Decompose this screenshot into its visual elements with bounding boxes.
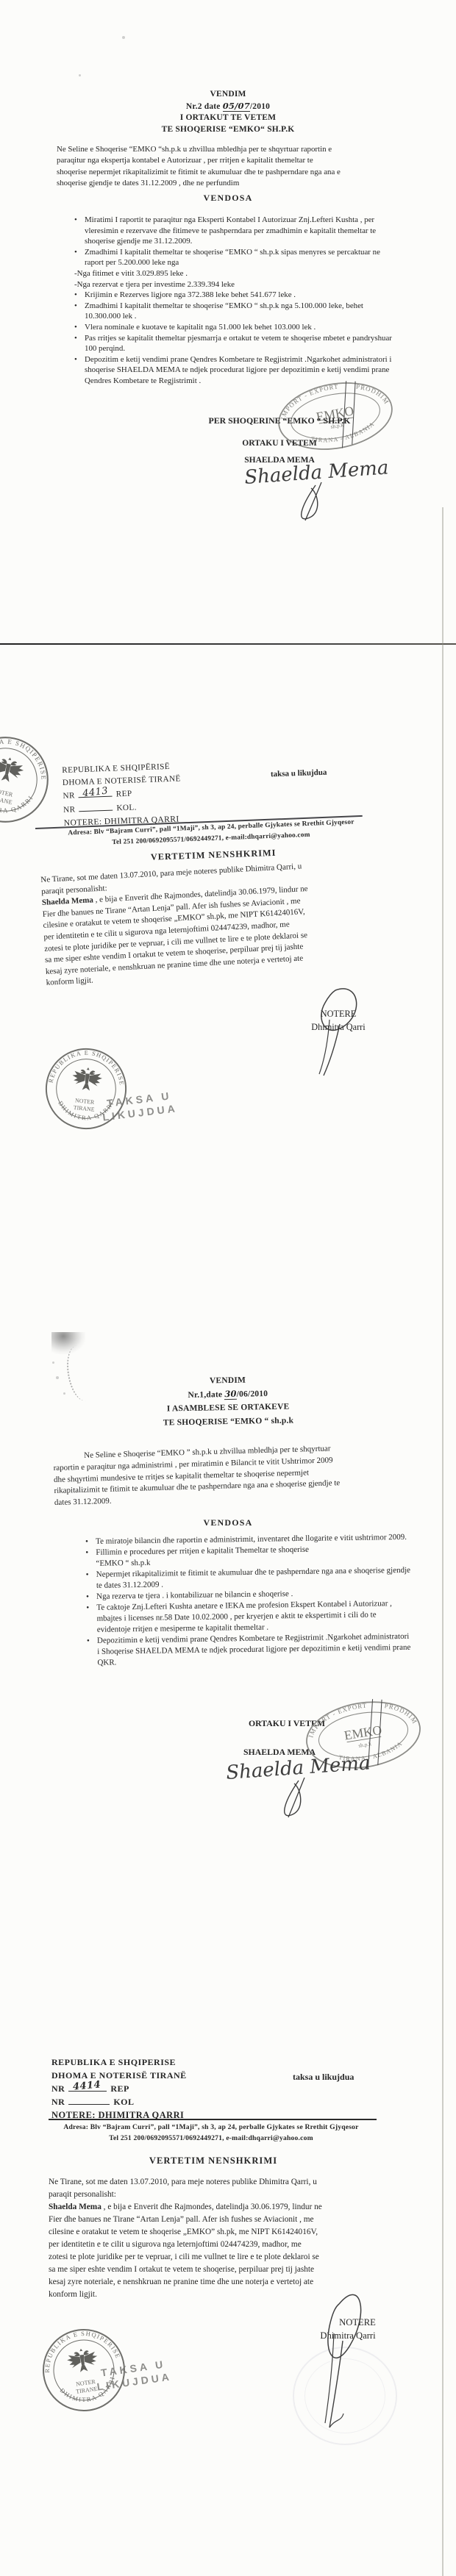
- notary2-letterhead: REPUBLIKA E SHQIPERISE DHOMA E NOTERISË …: [51, 2056, 302, 2122]
- svg-text:PRODHIM: PRODHIM: [355, 377, 391, 409]
- letterhead-rep-number: NR4414REP: [51, 2082, 302, 2095]
- stamp-arc-text: PRODHIM: [383, 1697, 419, 1730]
- list-item: •Miratimi I raportit te paraqitur nga Ek…: [74, 215, 398, 247]
- bullet-icon: •: [74, 215, 85, 247]
- handwritten-rep-number: 4414: [73, 2078, 102, 2094]
- doc2-vendosa-heading: VENDOSA: [29, 1517, 427, 1528]
- doc1-title: VENDIM Nr.2 date 05/07/2010 I ORTAKUT TE…: [29, 89, 427, 135]
- list-item: •Depozitimin e ketij vendimi prane Qendr…: [87, 1631, 413, 1669]
- list-item: •Zmadhimi I kapitalit themeltar te shoqe…: [74, 301, 398, 322]
- taksa-likujdua-note: taksa u likujdua: [293, 2072, 354, 2083]
- notary1-body: Ne Tirane, sot me daten 13.07.2010, para…: [40, 857, 377, 989]
- notere-signature: [291, 981, 372, 1077]
- scan-speck: [122, 36, 125, 39]
- bullet-icon: •: [85, 1548, 96, 1570]
- bullet-icon: •: [85, 1536, 96, 1548]
- doc1-title-line3: I ORTAKUT TE VETEM: [29, 112, 427, 124]
- letterhead-phone: Tel 251 200/0692095571/0692449271, e-mai…: [38, 2134, 384, 2142]
- doc2-intro-paragraph: Ne Seline e Shoqerise “EMKO ” sh.p.k u z…: [53, 1442, 387, 1509]
- signature-text: Shaelda Mema: [225, 1756, 371, 1784]
- letterhead-republika: REPUBLIKA E SHQIPERISE: [51, 2056, 302, 2069]
- notary-round-stamp-icon: REPUBLIKA E SHQIPERISE DHIMITRA QARRI NO…: [0, 725, 60, 834]
- doc1-vendosa-heading: VENDOSA: [29, 193, 427, 204]
- eagle-emblem-icon: [65, 2347, 99, 2374]
- stamp-arc-text: PRODHIM: [355, 377, 391, 409]
- list-item: •Zmadhimi I kapitalit themeltar te shoqe…: [74, 247, 398, 268]
- handwritten-rep-number: 4413: [82, 785, 110, 801]
- list-item: •Pas rritjes se kapitalit themeltar pjes…: [74, 333, 398, 354]
- doc1-sign-for: PER SHOQERINE “EMKO “ SH.P.K: [177, 415, 382, 426]
- doc1-title-line1: VENDIM: [29, 89, 427, 101]
- doc2-decisions-list: •Te miratoje bilancin dhe raportin e adm…: [85, 1532, 412, 1669]
- bullet-icon: •: [86, 1592, 96, 1603]
- rep-number-line: 4414: [68, 2083, 107, 2092]
- handwritten-date: 30: [224, 1389, 237, 1400]
- list-item: •Krijimin e Rezerves ligjore nga 372.388…: [74, 290, 398, 301]
- notere-signature: [299, 2282, 372, 2433]
- doc1-title-line2: Nr.2 date 05/07/2010: [29, 101, 427, 113]
- handwritten-date: 05/07: [223, 101, 250, 112]
- scan-speck: [79, 74, 81, 76]
- notary2-title: VERTETIM NENSHKRIMI: [40, 2155, 386, 2167]
- body-rest: Fier dhe banues ne Tirane “Artan Lenja” …: [42, 892, 377, 990]
- eagle-emblem-icon: [71, 1066, 104, 1092]
- kol-number-line: [79, 801, 113, 812]
- notary-round-stamp-icon: REPUBLIKA E SHQIPERISE DHIMITRA QARRI NO…: [38, 1041, 134, 1137]
- bullet-icon: •: [74, 247, 85, 268]
- bullet-icon: •: [74, 290, 85, 301]
- letterhead-kol-number: NRKOL: [51, 2095, 302, 2108]
- doc1-intro-paragraph: Ne Seline e Shoqerise “EMKO “sh.p.k u zh…: [57, 144, 374, 190]
- eagle-emblem-icon: [0, 754, 26, 784]
- bullet-icon: •: [74, 333, 85, 354]
- list-subitem: -Nga fitimet e vitit 3.029.895 leke .: [74, 268, 398, 279]
- stamp-center-text: TIRANE: [73, 1104, 95, 1113]
- letterhead-rule: [49, 2119, 377, 2120]
- letterhead-address: Adresa: Blv “Bajram Curri”, pall “1Maji”…: [38, 2123, 384, 2131]
- page-divider-line: [0, 643, 456, 645]
- list-item: •Vlera nominale e kuotave te kapitalit n…: [74, 322, 398, 333]
- list-item: •Te caktoje Znj.Lefteri Kushta anetare e…: [86, 1598, 412, 1636]
- bullet-icon: •: [74, 322, 85, 333]
- bullet-icon: •: [74, 301, 85, 322]
- bullet-icon: •: [86, 1570, 96, 1592]
- body-line: Ne Tirane, sot me daten 13.07.2010, para…: [49, 2176, 374, 2189]
- svg-text:PRODHIM: PRODHIM: [383, 1697, 419, 1730]
- signature-text: Shaelda Mema: [243, 462, 389, 489]
- doc1-sign-role: ORTAKU I VETEM: [177, 439, 382, 448]
- rep-number-line: 4413: [79, 788, 113, 798]
- shaelda-signature: Shaelda Mema: [239, 462, 397, 524]
- body-line: paraqit personalisht:: [49, 2189, 374, 2201]
- kol-number-line: [68, 2096, 110, 2105]
- scanned-notary-document: VENDIM Nr.2 date 05/07/2010 I ORTAKUT TE…: [0, 0, 456, 2576]
- bullet-icon: •: [86, 1603, 97, 1636]
- body-line: Shaelda Mema , e bija e Enverit dhe Rajm…: [49, 2201, 374, 2214]
- doc2-title: VENDIM Nr.1,date 30/06/2010 I ASAMBLESE …: [29, 1370, 427, 1431]
- shaelda-signature: Shaelda Mema: [221, 1756, 379, 1822]
- list-subitem: -Nga rezervat e tjera per investime 2.33…: [74, 279, 398, 290]
- scan-edge-line: [442, 507, 443, 2576]
- doc1-decisions-list: •Miratimi I raportit te paraqitur nga Ek…: [74, 215, 398, 387]
- bullet-icon: •: [74, 354, 85, 387]
- bullet-icon: •: [87, 1636, 98, 1669]
- doc1-title-line4: TE SHOQERISE “EMKO“ SH.P.K: [29, 124, 427, 136]
- taksa-likujdua-note: taksa u likujdua: [271, 768, 327, 779]
